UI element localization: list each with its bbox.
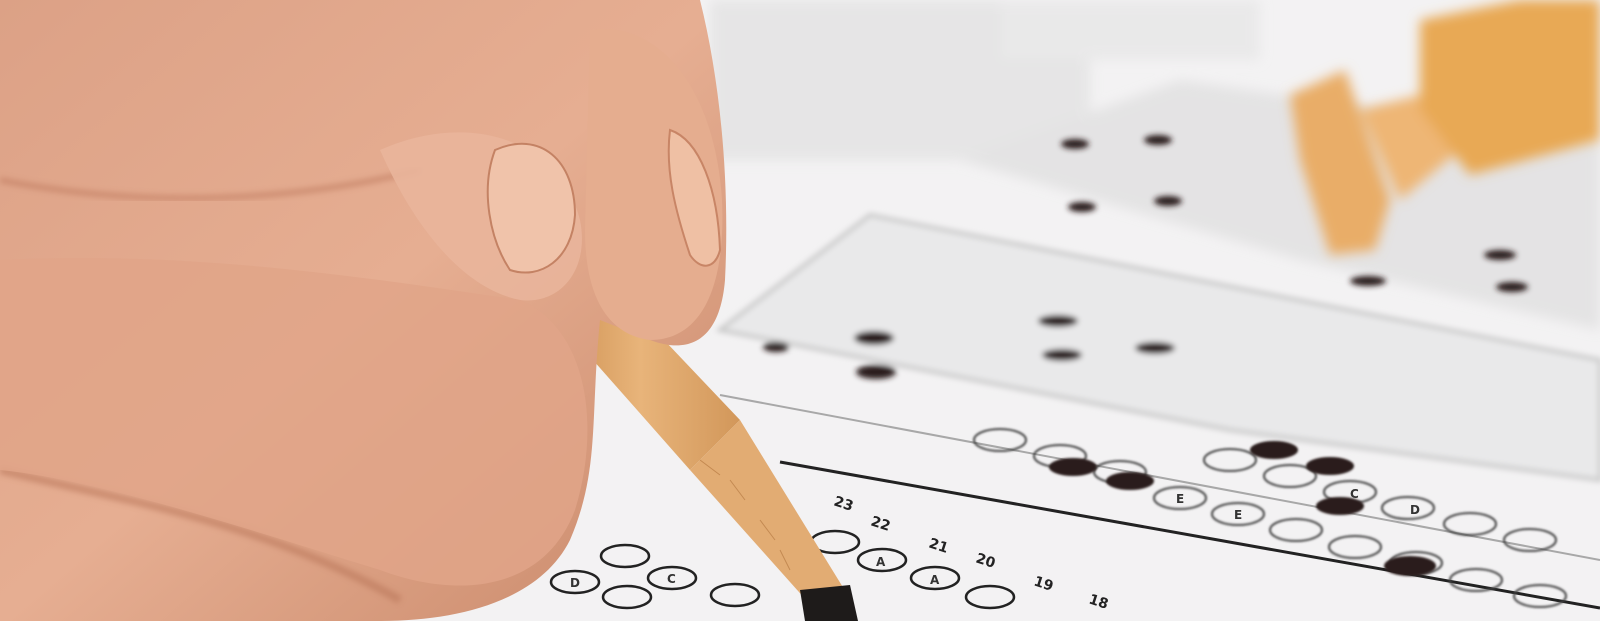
- choice-letter-c: C: [1350, 487, 1359, 501]
- choice-letter-d: D: [1410, 503, 1420, 517]
- choice-letter-a-2: A: [930, 573, 940, 587]
- choice-letter-a: A: [876, 555, 886, 569]
- photo-scene: 23 22 21 20 19 18 A A C D E E D C: [0, 0, 1600, 621]
- choice-letter-e: E: [1176, 492, 1184, 506]
- photo-illustration: 23 22 21 20 19 18 A A C D E E D C: [0, 0, 1600, 621]
- choice-letter-c-2: C: [667, 572, 676, 586]
- choice-letter-d-2: D: [570, 576, 580, 590]
- choice-letter-e-2: E: [1234, 508, 1242, 522]
